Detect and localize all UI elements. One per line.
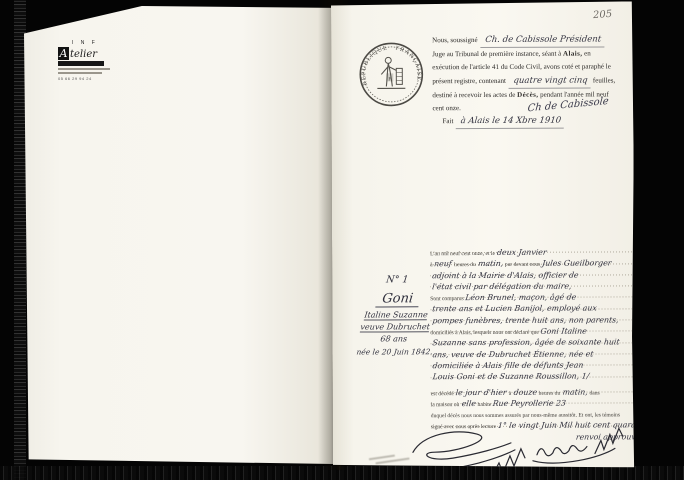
left-page: I N F A telier 05 66 29 94 24 [24, 6, 334, 464]
right-page: 205 RÉPUBLIQUE FRANÇAISE F [331, 1, 635, 468]
signature-banijol-flourish [533, 448, 615, 463]
act-handwriting: trente ans et Lucien Banijol, employé au… [432, 304, 598, 314]
act-handwriting: matin, [477, 259, 503, 268]
seal-text-left: RÉPUBLIQUE [359, 45, 388, 86]
atelier-logo-row: A telier [58, 47, 120, 60]
signature-brunel [413, 432, 511, 460]
cert-line-3: exécution de l'article 41 du Code Civil,… [432, 61, 636, 75]
act-handwriting: le jour d'hier [455, 387, 507, 396]
cert-line-1: Nous, soussignéCh. de Cabissole Présiden… [432, 33, 636, 48]
seal-text-right: FRANÇAISE [395, 45, 421, 81]
act-handwriting: elle [461, 399, 476, 408]
cert-line-2: Juge au Tribunal de première instance, s… [432, 48, 636, 62]
svg-text:RÉPUBLIQUE: RÉPUBLIQUE [359, 45, 388, 86]
deceased-widow-note: veuve Dubruchet [360, 322, 431, 332]
act-handwriting: l'état civil par délégation du maire, [432, 282, 572, 292]
scanned-register-spread: I N F A telier 05 66 29 94 24 205 RÉPUBL… [0, 0, 684, 480]
cert-handwriting: à Alais le 14 Xbre 1910 [456, 115, 566, 130]
deceased-surname: Goni [375, 291, 420, 307]
act-print: dans [589, 390, 599, 396]
signature-banijol [537, 445, 587, 455]
atelier-address-line [58, 72, 102, 74]
act-handwriting: deux Janvier [496, 248, 547, 257]
act-handwriting: Louis Goni et de Suzanne Roussillon, 1/ [432, 372, 590, 382]
act-handwriting: Jules Gueilborger [542, 259, 612, 268]
cert-handwriting: quatre vingt cinq [508, 74, 592, 89]
atelier-label: I N F A telier 05 66 29 94 24 [58, 40, 120, 81]
atelier-label-topline: I N F [72, 40, 120, 46]
atelier-label-bar [58, 61, 104, 66]
act-handwriting: Léon Brunel, maçon, âgé de [465, 293, 577, 302]
act-line: est décédéle jour d'hieràdouzeheures dum… [431, 381, 643, 393]
death-act-body: L'an mil neuf cent onze, et ledeux Janvi… [430, 241, 643, 438]
act-line: L'an mil neuf cent onze, et ledeux Janvi… [430, 241, 642, 253]
cert-handwriting: Ch. de Cabissole Président [480, 33, 606, 48]
official-seal-icon: RÉPUBLIQUE FRANÇAISE F [357, 40, 425, 108]
act-margin-notes: N° 1 Goni Italine Suzanne veuve Dubruche… [354, 274, 434, 356]
pencil-page-number: 205 [593, 9, 613, 21]
act-handwriting: Suzanne sans profession, âgée de soixant… [432, 338, 620, 348]
act-handwriting: matin, [562, 387, 588, 396]
cert-line-fait: Faità Alais le 14 Xbre 1910 [442, 115, 636, 130]
atelier-address-line [58, 68, 110, 70]
atelier-logo-icon: A [58, 47, 69, 60]
act-handwriting: adjoint à la Mairie d'Alais, officier de [432, 270, 579, 280]
certification-block: Nous, soussignéCh. de Cabissole Présiden… [432, 33, 636, 129]
act-handwriting: ans, veuve de Dubruchet Étienne, née et [432, 349, 594, 359]
cert-line-4: présent registre, contenantquatre vingt … [432, 74, 636, 89]
film-edge-left [14, 0, 26, 480]
cert-bold-alais: Alais, [563, 50, 582, 58]
cert-bold-deces: Décès, [517, 91, 538, 99]
cert-print: en [584, 50, 591, 58]
svg-text:FRANÇAISE: FRANÇAISE [395, 45, 421, 81]
act-handwriting: neuf [434, 259, 453, 268]
act-number: N° 1 [386, 274, 409, 285]
signature-officer [595, 428, 623, 453]
cert-print: présent registre, contenant [432, 77, 506, 85]
deceased-age: 68 ans [380, 334, 408, 343]
cert-print: feuilles, [593, 76, 615, 84]
seal-center-letter: F [388, 77, 391, 82]
cert-print: Juge au Tribunal de première instance, s… [432, 50, 561, 59]
atelier-logo-name: telier [70, 49, 97, 60]
act-handwriting: douze [513, 387, 538, 396]
deceased-birthdate: née le 20 Juin 1842. [356, 347, 433, 356]
atelier-phone: 05 66 29 94 24 [58, 76, 120, 81]
deceased-firstnames: Italine Suzanne [364, 310, 429, 320]
act-handwriting: pompes funèbres, trente huit ans, non pa… [432, 315, 619, 325]
act-handwriting: Goni Italine [540, 327, 587, 336]
cert-print: Fait [442, 117, 453, 125]
cert-print: Nous, soussigné [432, 36, 478, 44]
act-handwriting: domiciliée à Alais fille de défunts Jean [432, 361, 584, 371]
cert-print: destiné à recevoir les actes de [432, 91, 515, 99]
act-line: Suzanne sans profession, âgée de soixant… [430, 332, 642, 344]
act-handwriting: Rue Peyrollerie 23 [493, 398, 567, 407]
